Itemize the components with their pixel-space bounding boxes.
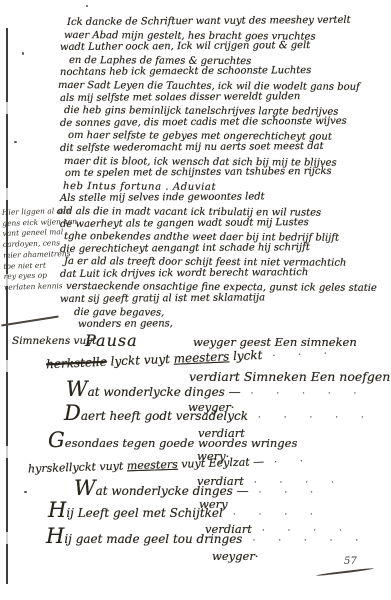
manuscript-page: Ick dancke de Schriftuer want vuyt des m… (0, 0, 391, 600)
struck-word: herkstelle (46, 355, 107, 372)
dialogue-text: lyckt vuyt (106, 352, 174, 369)
manuscript-line: dat Luit ick drijves ick wordt berecht w… (60, 266, 388, 281)
dialogue-text: hyrskellyckt vuyt (28, 459, 127, 475)
ink-speck (14, 141, 17, 143)
manuscript-line: Ick dancke de Schriftuer want vuyt des m… (67, 14, 388, 29)
dialogue-line: Wat wonderlycke dinges —· · · · · (66, 384, 366, 399)
dot-trail: · · · (259, 488, 323, 498)
manuscript-line: om te spelen met de schijnstes van tshub… (65, 166, 388, 181)
dialogue-text: lyckt (229, 348, 263, 363)
dialogue-speaker-label: Simnekens vuyt (12, 335, 96, 347)
dialogue-text: Wat wonderlycke dinges — (66, 385, 241, 399)
page-number-flourish (316, 567, 374, 576)
dialogue-text: Wat wonderlycke dinges — (74, 484, 249, 498)
dialogue-line: hyrskellyckt vuyt meesters vuyt Eeylzat … (28, 454, 313, 476)
dot-trail: · · · · · (251, 389, 367, 399)
underlined-word: meesters (173, 349, 229, 365)
dialogue-line: Daert heeft godt versadelyck· · · · · (64, 408, 374, 423)
dot-trail: · · · · · (252, 536, 368, 546)
dialogue-text: Daert heeft godt versadelyck (64, 409, 248, 423)
underlined-word: meesters (127, 458, 178, 473)
main-text-block: Ick dancke de Schriftuer want vuyt des m… (60, 17, 388, 332)
dialogue-line: Hij Leeft geel met Schijtkel· · · · (48, 505, 323, 520)
manuscript-line: Als stelle mij selves inde gewoontes led… (60, 191, 388, 206)
margin-flourish-stroke (1, 315, 59, 326)
dialogue-line: Wat wonderlycke dinges —· · · (74, 483, 323, 498)
manuscript-line: die gerechticheyt aengangt int schade hi… (60, 241, 388, 256)
dot-trail: · · · · (233, 510, 323, 520)
manuscript-line: wadt Luther oock aen, Ick wil crijgen go… (60, 40, 388, 55)
manuscript-line: de waerheyt als te gangen wadt soudt mij… (60, 216, 388, 231)
ink-speck (86, 5, 88, 7)
manuscript-line: de sonnes gave, dis moet cadis met die s… (60, 115, 388, 130)
manuscript-line: dit selfste wederomacht mij nu aerts soe… (60, 140, 388, 155)
manuscript-line: nochtans heb ick gemaeckt de schoonste L… (60, 65, 388, 80)
dot-trail: · · (274, 457, 313, 468)
manuscript-line: wonders en geens, (78, 317, 388, 332)
dot-trail: · · · · · (258, 413, 374, 423)
dialogue-text: vuyt Eeylzat — (178, 455, 265, 471)
dialogue-line: Gesondaes tegen goede woordes wringes (48, 435, 297, 450)
page-number: 57 (344, 556, 357, 567)
dot-trail: · · · (272, 349, 337, 362)
ink-speck (22, 52, 24, 55)
dialogue-response: weyger· (212, 549, 258, 563)
dialogue-pausa-word: Pausa (85, 331, 138, 350)
manuscript-line: want sij geeft gratij al ist met sklamat… (60, 291, 388, 306)
margin-note-line: verlaten kennis (4, 281, 64, 293)
binding-edge (6, 28, 8, 584)
ink-speck (24, 491, 27, 493)
dialogue-response: verdiart Simneken Een noefgen· (189, 369, 391, 384)
margin-note-line: mier ahameitrens (3, 249, 63, 261)
dialogue-text: Hij gaet made geel tou dringes (46, 532, 242, 546)
manuscript-line: als mij selfste met solaes disser wereld… (60, 90, 388, 105)
margin-note: Hier liggen al aen gens eick wijen aen v… (2, 206, 64, 293)
dialogue-line: Hij gaet made geel tou dringes· · · · · (46, 531, 368, 546)
dialogue-text: Hij Leeft geel met Schijtkel (48, 506, 223, 520)
